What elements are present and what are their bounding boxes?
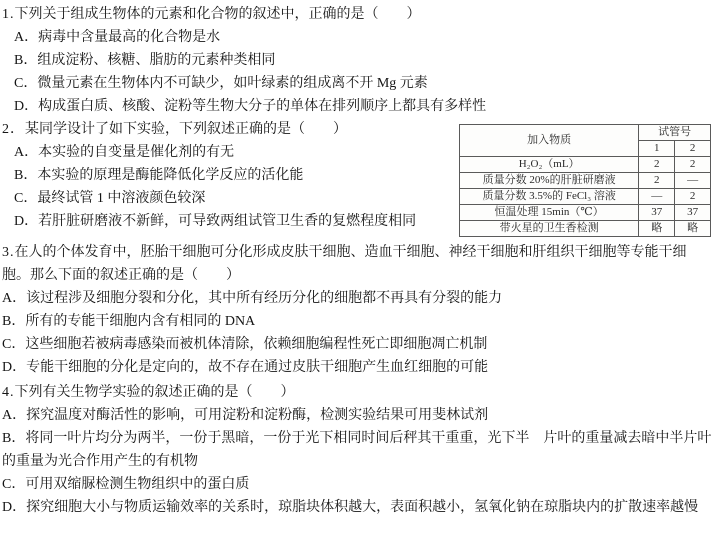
question-number: 1. — [2, 7, 15, 22]
question-4-stem: 4.下列有关生物学实验的叙述正确的是（ ） — [2, 381, 712, 404]
q3-option-a: A．该过程涉及细胞分裂和分化，其中所有经历分化的细胞都不再具有分裂的能力 — [2, 287, 712, 310]
question-1: 1.下列关于组成生物体的元素和化合物的叙述中，正确的是（ ） A．病毒中含量最高… — [2, 3, 712, 118]
table-row: H₂O₂（mL） 2 2 — [460, 157, 711, 173]
q1-option-a: A．病毒中含量最高的化合物是水 — [2, 26, 712, 49]
table-cell: 37 — [675, 205, 711, 221]
table-cell: 2 — [675, 157, 711, 173]
question-stem-text: 某同学设计了如下实验，下列叙述正确的是（ ） — [25, 122, 347, 137]
table-header-tube-group: 试管号 — [639, 125, 711, 141]
table-cell: 略 — [639, 221, 675, 237]
table-row-label: 恒温处理 15min（℃） — [460, 205, 639, 221]
q4-option-b: B．将同一叶片均分为两半，一份于黑暗，一份于光下相同时间后秤其干重重，光下半 片… — [2, 427, 712, 473]
table-row: 带火星的卫生香检测 略 略 — [460, 221, 711, 237]
table-row-label: 质量分数 20%的肝脏研磨液 — [460, 173, 639, 189]
table-cell: 2 — [639, 173, 675, 189]
table-row-label: H₂O₂（mL） — [460, 157, 639, 173]
question-3: 3.在人的个体发育中，胚胎干细胞可分化形成皮肤干细胞、造血干细胞、神经干细胞和肝… — [2, 241, 712, 379]
question-number: 4. — [2, 385, 15, 400]
table-cell: 2 — [639, 157, 675, 173]
question-number: 2． — [2, 122, 25, 137]
exam-page: 1.下列关于组成生物体的元素和化合物的叙述中，正确的是（ ） A．病毒中含量最高… — [0, 0, 714, 540]
q3-option-d: D．专能干细胞的分化是定向的，故不存在通过皮肤干细胞产生血红细胞的可能 — [2, 356, 712, 379]
q3-option-c: C．这些细胞若被病毒感染而被机体清除，依赖细胞编程性死亡即细胞凋亡机制 — [2, 333, 712, 356]
question-number: 3. — [2, 245, 15, 260]
question-4: 4.下列有关生物学实验的叙述正确的是（ ） A．探究温度对酶活性的影响，可用淀粉… — [2, 381, 712, 519]
table-row: 质量分数 3.5%的 FeCl₃ 溶液 — 2 — [460, 189, 711, 205]
table-row-label: 带火星的卫生香检测 — [460, 221, 639, 237]
q1-option-c: C．微量元素在生物体内不可缺少，如叶绿素的组成离不开 Mg 元素 — [2, 72, 712, 95]
q4-option-c: C．可用双缩脲检测生物组织中的蛋白质 — [2, 473, 712, 496]
table-cell: 2 — [675, 189, 711, 205]
question-3-stem: 3.在人的个体发育中，胚胎干细胞可分化形成皮肤干细胞、造血干细胞、神经干细胞和肝… — [2, 241, 712, 287]
table-row-label: 质量分数 3.5%的 FeCl₃ 溶液 — [460, 189, 639, 205]
table-cell: — — [639, 189, 675, 205]
table-tube-number-2: 2 — [675, 141, 711, 157]
question-stem-text: 在人的个体发育中，胚胎干细胞可分化形成皮肤干细胞、造血干细胞、神经干细胞和肝组织… — [2, 245, 687, 283]
question-1-stem: 1.下列关于组成生物体的元素和化合物的叙述中，正确的是（ ） — [2, 3, 712, 26]
table-header-substance: 加入物质 — [460, 125, 639, 157]
q4-option-a: A．探究温度对酶活性的影响，可用淀粉和淀粉酶，检测实验结果可用斐林试剂 — [2, 404, 712, 427]
question-1-options: A．病毒中含量最高的化合物是水 B．组成淀粉、核糖、脂肪的元素种类相同 C．微量… — [2, 26, 712, 118]
table-cell: — — [675, 173, 711, 189]
table-row: 恒温处理 15min（℃） 37 37 — [460, 205, 711, 221]
table-row: 质量分数 20%的肝脏研磨液 2 — — [460, 173, 711, 189]
q1-option-b: B．组成淀粉、核糖、脂肪的元素种类相同 — [2, 49, 712, 72]
table-cell: 略 — [675, 221, 711, 237]
q3-option-b: B．所有的专能干细胞内含有相同的 DNA — [2, 310, 712, 333]
q4-option-d: D．探究细胞大小与物质运输效率的关系时，琼脂块体积越大，表面积越小，氢氧化钠在琼… — [2, 496, 712, 519]
question-4-options: A．探究温度对酶活性的影响，可用淀粉和淀粉酶，检测实验结果可用斐林试剂 B．将同… — [2, 404, 712, 519]
experiment-table: 加入物质 试管号 1 2 H₂O₂（mL） 2 2 质量分数 20%的肝脏研磨液… — [459, 124, 711, 237]
table-tube-number-1: 1 — [639, 141, 675, 157]
question-3-options: A．该过程涉及细胞分裂和分化，其中所有经历分化的细胞都不再具有分裂的能力 B．所… — [2, 287, 712, 379]
question-stem-text: 下列关于组成生物体的元素和化合物的叙述中，正确的是（ ） — [15, 7, 421, 22]
q1-option-d: D．构成蛋白质、核酸、淀粉等生物大分子的单体在排列顺序上都具有多样性 — [2, 95, 712, 118]
question-stem-text: 下列有关生物学实验的叙述正确的是（ ） — [15, 385, 295, 400]
table-cell: 37 — [639, 205, 675, 221]
